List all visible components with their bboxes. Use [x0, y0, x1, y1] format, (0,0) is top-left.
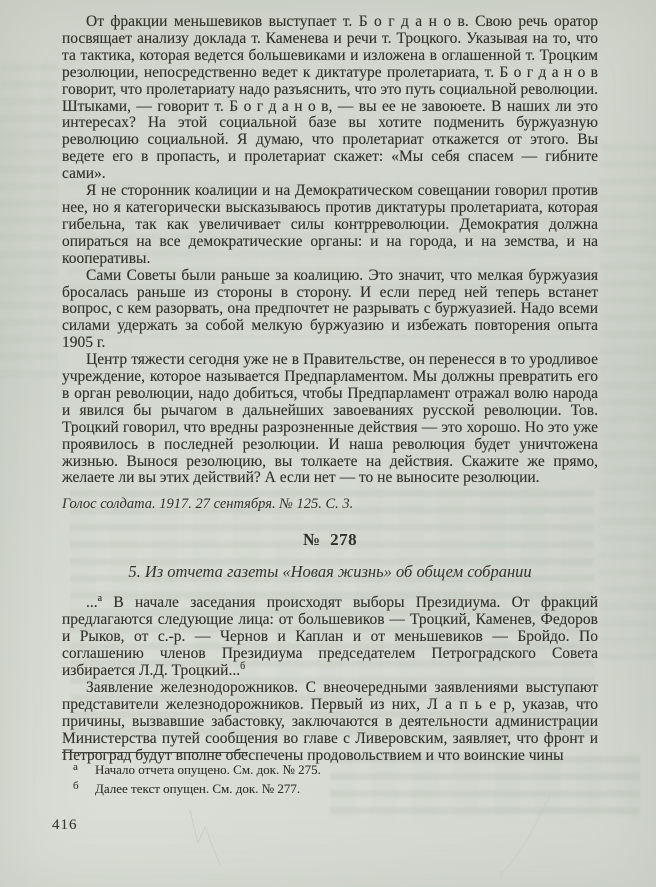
scratch-mark	[480, 790, 560, 880]
footnote-separator-rule	[62, 752, 248, 753]
text-column: От фракции меньшевиков выступает т. Б о …	[62, 14, 598, 764]
page-number: 416	[52, 817, 78, 834]
source-citation: Голос солдата. 1917. 27 сентября. № 125.…	[62, 496, 598, 513]
report-intro-text: В начале заседания происходят выборы Пре…	[62, 594, 598, 679]
scratch-mark	[150, 805, 270, 875]
footnote-a: а Начало отчета опущено. См. док. № 275.	[62, 760, 598, 779]
footnote-block: а Начало отчета опущено. См. док. № 275.…	[62, 752, 598, 798]
speech-paragraph-1: От фракции меньшевиков выступает т. Б о …	[62, 14, 598, 183]
footnote-a-marker: а	[73, 758, 86, 777]
document-number: № 278	[62, 530, 598, 549]
speech-paragraph-2: Я не сторонник коалиции и на Демократиче…	[62, 183, 598, 268]
scanned-book-page: От фракции меньшевиков выступает т. Б о …	[0, 0, 656, 887]
speech-paragraph-4: Центр тяжести сегодня уже не в Правитель…	[62, 352, 598, 487]
document-heading: 5. Из отчета газеты «Новая жизнь» об общ…	[62, 562, 598, 581]
footnote-ref-b: б	[240, 661, 245, 672]
bleedthrough-ghost-text	[600, 140, 656, 660]
footnote-a-text: Начало отчета опущено. См. док. № 275.	[95, 760, 321, 779]
footnote-b: б Далее текст опущен. См. док. № 277.	[62, 779, 598, 798]
speech-paragraph-3: Сами Советы были раньше за коалицию. Это…	[62, 268, 598, 353]
report-intro-paragraph: ...а В начале заседания происходят выбор…	[62, 595, 598, 680]
footnote-b-marker: б	[73, 777, 86, 796]
ellipsis: ...	[86, 594, 98, 611]
footnote-b-text: Далее текст опущен. См. док. № 277.	[95, 779, 300, 798]
bleedthrough-ghost-text	[0, 60, 58, 380]
